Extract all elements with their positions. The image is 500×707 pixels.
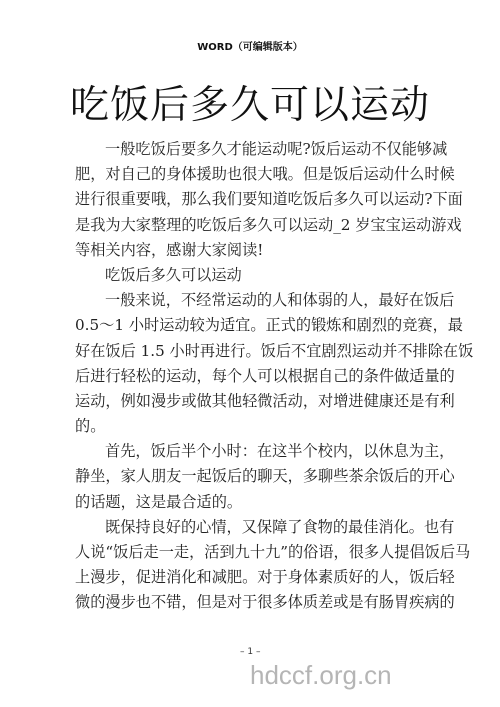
document-body: 一般吃饭后要多久才能运动呢?饭后运动不仅能够减 肥，对自己的身体援助也很大哦。但… <box>75 137 440 616</box>
body-line: 等相关内容，感谢大家阅读! <box>75 238 440 263</box>
body-line: 一般来说，不经常运动的人和体弱的人，最好在饭后 <box>75 288 440 313</box>
body-line: 0.5～1 小时运动较为适宜。正式的锻炼和剧烈的竞赛，最 <box>75 313 440 338</box>
body-line: 运动，例如漫步或做其他轻微活动，对增进健康还是有利 <box>75 389 440 414</box>
watermark: hdccf.org.cn <box>250 660 392 691</box>
body-line: 的话题，这是最合适的。 <box>75 490 440 515</box>
body-line: 的。 <box>75 414 440 439</box>
body-line: 微的漫步也不错，但是对于很多体质差或是有肠胃疾病的 <box>75 590 440 615</box>
body-line: 进行很重要哦，那么我们要知道吃饭后多久可以运动?下面 <box>75 187 440 212</box>
page-number: – 1 – <box>240 647 260 657</box>
body-line: 是我为大家整理的吃饭后多久可以运动_2 岁宝宝运动游戏 <box>75 213 440 238</box>
body-line: 既保持良好的心情，又保障了食物的最佳消化。也有 <box>75 515 440 540</box>
body-line: 静坐，家人朋友一起饭后的聊天，多聊些茶余饭后的开心 <box>75 464 440 489</box>
body-line: 上漫步，促进消化和减肥。对于身体素质好的人，饭后轻 <box>75 565 440 590</box>
document-header: WORD（可编辑版本） <box>0 38 500 53</box>
body-line: 人说“饭后走一走，活到九十九”的俗语，很多人提倡饭后马 <box>75 540 440 565</box>
body-line: 后进行轻松的运动，每个人可以根据自己的条件做适量的 <box>75 364 440 389</box>
body-line: 首先，饭后半个小时：在这半个校内，以休息为主， <box>75 439 440 464</box>
body-line: 肥，对自己的身体援助也很大哦。但是饭后运动什么时候 <box>75 162 440 187</box>
document-title: 吃饭后多久可以运动 <box>0 74 500 130</box>
body-line: 好在饭后 1.5 小时再进行。饭后不宜剧烈运动并不排除在饭 <box>75 339 440 364</box>
section-heading: 吃饭后多久可以运动 <box>75 263 440 288</box>
body-line: 一般吃饭后要多久才能运动呢?饭后运动不仅能够减 <box>75 137 440 162</box>
